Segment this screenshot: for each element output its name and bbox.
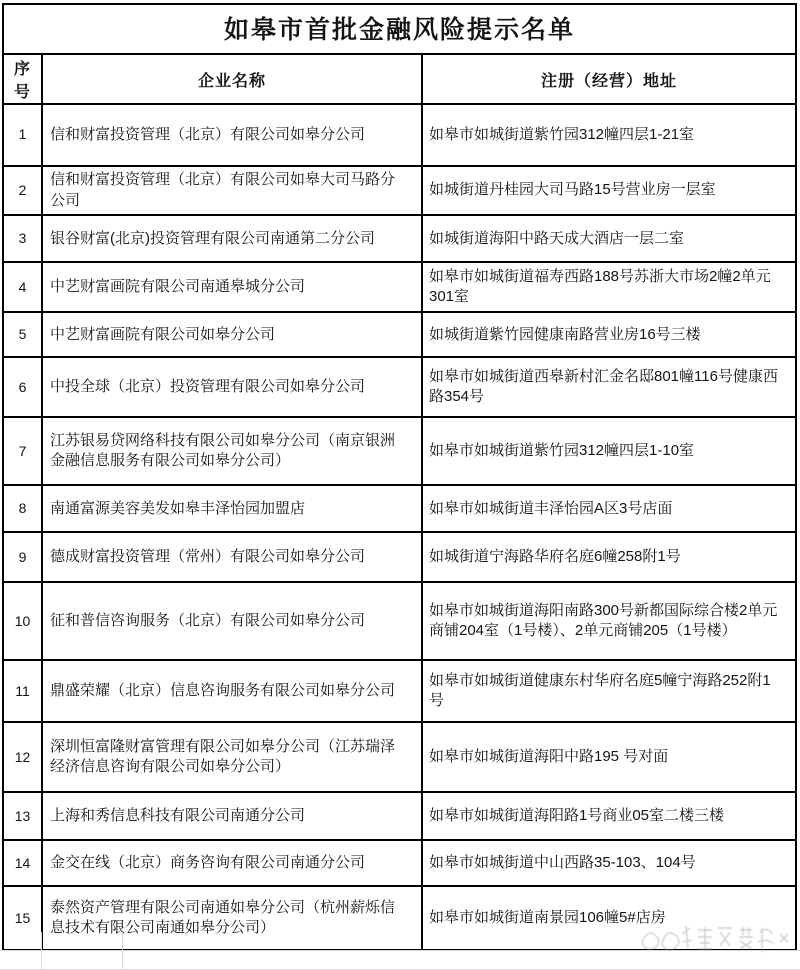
company-name-cell: 深圳恒富隆财富管理有限公司如皋分公司（江苏瑞泽经济信息咨询有限公司如皋分公司） [42, 722, 422, 792]
address-cell: 如城街道紫竹园健康南路营业房16号三楼 [422, 312, 796, 357]
company-name-cell: 上海和秀信息科技有限公司南通分公司 [42, 792, 422, 840]
table-row: 11鼎盛荣耀（北京）信息咨询服务有限公司如皋分公司如皋市如城街道健康东村华府名庭… [3, 660, 796, 722]
row-index-cell: 6 [3, 357, 42, 417]
company-name-cell: 银谷财富(北京)投资管理有限公司南通第二分公司 [42, 215, 422, 262]
company-name-cell: 信和财富投资管理（北京）有限公司如皋大司马路分公司 [42, 166, 422, 215]
company-name-cell: 中艺财富画院有限公司南通皋城分公司 [42, 262, 422, 312]
table-row: 5中艺财富画院有限公司如皋分公司如城街道紫竹园健康南路营业房16号三楼 [3, 312, 796, 357]
row-index-cell: 12 [3, 722, 42, 792]
table-row: 4中艺财富画院有限公司南通皋城分公司如皋市如城街道福寿西路188号苏浙大市场2幢… [3, 262, 796, 312]
row-index-cell: 8 [3, 485, 42, 532]
table-head-section: 如皋市首批金融风险提示名单 序号 企业名称 注册（经营）地址 [3, 4, 796, 104]
address-cell: 如城街道丹桂园大司马路15号营业房一层室 [422, 166, 796, 215]
column-header-address: 注册（经营）地址 [422, 54, 796, 104]
page-title: 如皋市首批金融风险提示名单 [3, 4, 796, 54]
table-row: 8南通富源美容美发如皋丰泽怡园加盟店如皋市如城街道丰泽怡园A区3号店面 [3, 485, 796, 532]
row-index-cell: 7 [3, 417, 42, 485]
address-cell: 如皋市如城街道福寿西路188号苏浙大市场2幢2单元301室 [422, 262, 796, 312]
row-index-cell: 4 [3, 262, 42, 312]
company-name-cell: 江苏银易贷网络科技有限公司如皋分公司（南京银洲金融信息服务有限公司如皋分公司） [42, 417, 422, 485]
company-name-cell: 信和财富投资管理（北京）有限公司如皋分公司 [42, 104, 422, 166]
row-index-cell: 11 [3, 660, 42, 722]
row-index-cell: 10 [3, 582, 42, 660]
company-name-cell: 南通富源美容美发如皋丰泽怡园加盟店 [42, 485, 422, 532]
row-index-cell: 2 [3, 166, 42, 215]
table-row: 13上海和秀信息科技有限公司南通分公司如皋市如城街道海阳路1号商业05室二楼三楼 [3, 792, 796, 840]
risk-list-table: 如皋市首批金融风险提示名单 序号 企业名称 注册（经营）地址 1信和财富投资管理… [2, 3, 797, 951]
table-row: 7江苏银易贷网络科技有限公司如皋分公司（南京银洲金融信息服务有限公司如皋分公司）… [3, 417, 796, 485]
row-index-cell: 14 [3, 840, 42, 886]
table-row: 1信和财富投资管理（北京）有限公司如皋分公司如皋市如城街道紫竹园312幢四层1-… [3, 104, 796, 166]
faint-gridline-vertical [122, 932, 123, 970]
address-cell: 如皋市如城街道紫竹园312幢四层1-21室 [422, 104, 796, 166]
company-name-cell: 征和普信咨询服务（北京）有限公司如皋分公司 [42, 582, 422, 660]
row-index-cell: 5 [3, 312, 42, 357]
address-cell: 如皋市如城街道丰泽怡园A区3号店面 [422, 485, 796, 532]
table-body: 1信和财富投资管理（北京）有限公司如皋分公司如皋市如城街道紫竹园312幢四层1-… [3, 104, 796, 950]
company-name-cell: 金交在线（北京）商务咨询有限公司南通分公司 [42, 840, 422, 886]
row-index-cell: 15 [3, 886, 42, 950]
title-row: 如皋市首批金融风险提示名单 [3, 4, 796, 54]
row-index-cell: 13 [3, 792, 42, 840]
row-index-cell: 1 [3, 104, 42, 166]
company-name-cell: 德成财富投资管理（常州）有限公司如皋分公司 [42, 532, 422, 582]
address-cell: 如城街道宁海路华府名庭6幢258附1号 [422, 532, 796, 582]
address-cell: 如皋市如城街道海阳南路300号新都国际综合楼2单元商铺204室（1号楼）、2单元… [422, 582, 796, 660]
address-cell: 如皋市如城街道海阳中路195 号对面 [422, 722, 796, 792]
address-cell: 如皋市如城街道南景园106幢5#店房 [422, 886, 796, 950]
table-row: 6中投全球（北京）投资管理有限公司如皋分公司如皋市如城街道西皋新村汇金名邸801… [3, 357, 796, 417]
address-cell: 如皋市如城街道紫竹园312幢四层1-10室 [422, 417, 796, 485]
document-page: 如皋市首批金融风险提示名单 序号 企业名称 注册（经营）地址 1信和财富投资管理… [0, 0, 800, 970]
row-index-cell: 3 [3, 215, 42, 262]
faint-gridline-horizontal [0, 950, 800, 951]
table-row: 2信和财富投资管理（北京）有限公司如皋大司马路分公司如城街道丹桂园大司马路15号… [3, 166, 796, 215]
address-cell: 如城街道海阳中路天成大酒店一层二室 [422, 215, 796, 262]
company-name-cell: 泰然资产管理有限公司南通如皋分公司（杭州薪烁信息技术有限公司南通如皋分公司） [42, 886, 422, 950]
table-row: 14金交在线（北京）商务咨询有限公司南通分公司如皋市如城街道中山西路35-103… [3, 840, 796, 886]
address-cell: 如皋市如城街道健康东村华府名庭5幢宁海路252附1号 [422, 660, 796, 722]
column-header-company-name: 企业名称 [42, 54, 422, 104]
address-cell: 如皋市如城街道中山西路35-103、104号 [422, 840, 796, 886]
address-cell: 如皋市如城街道海阳路1号商业05室二楼三楼 [422, 792, 796, 840]
company-name-cell: 中艺财富画院有限公司如皋分公司 [42, 312, 422, 357]
row-index-cell: 9 [3, 532, 42, 582]
table-row: 12深圳恒富隆财富管理有限公司如皋分公司（江苏瑞泽经济信息咨询有限公司如皋分公司… [3, 722, 796, 792]
company-name-cell: 鼎盛荣耀（北京）信息咨询服务有限公司如皋分公司 [42, 660, 422, 722]
table-row: 3银谷财富(北京)投资管理有限公司南通第二分公司如城街道海阳中路天成大酒店一层二… [3, 215, 796, 262]
faint-gridline-vertical [41, 932, 42, 970]
table-row: 9德成财富投资管理（常州）有限公司如皋分公司如城街道宁海路华府名庭6幢258附1… [3, 532, 796, 582]
address-cell: 如皋市如城街道西皋新村汇金名邸801幢116号健康西路354号 [422, 357, 796, 417]
header-row: 序号 企业名称 注册（经营）地址 [3, 54, 796, 104]
company-name-cell: 中投全球（北京）投资管理有限公司如皋分公司 [42, 357, 422, 417]
column-header-index: 序号 [3, 54, 42, 104]
table-row: 10征和普信咨询服务（北京）有限公司如皋分公司如皋市如城街道海阳南路300号新都… [3, 582, 796, 660]
